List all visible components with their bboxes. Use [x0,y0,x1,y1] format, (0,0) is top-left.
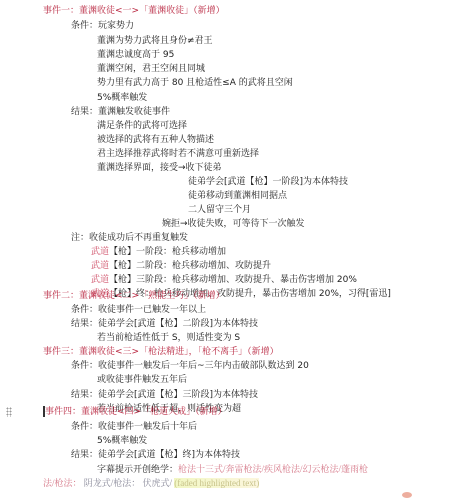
stage-prefix: 武道 [91,261,109,271]
reject-outcome: 婉拒→收徒失败，可等待下一次触发 [162,218,305,230]
stage-effect: 枪兵移动增加 [172,247,226,257]
event-4-title: 事件四：董渊收徒<四>「枪道大成」（新增） [45,406,227,418]
result-item: 被选择的武将有五种人物描述 [97,134,214,146]
caption-label: 字幕提示开创绝学： [97,465,178,475]
stage-name: 【枪】三阶段： [109,275,172,285]
event-3-condition: 条件：收徒事件一触发后一年后~三年内击破部队数达到 20 [71,360,309,372]
accept-outcome: 二人留守三个月 [188,204,251,216]
result-item: 董渊触发收徒事件 [98,107,170,117]
event-2-condition: 条件：收徒事件一已触发一年以上 [71,304,206,316]
condition-item: 董渊忠诚度高于 95 [97,49,174,61]
result-item: 满足条件的武将可选择 [97,120,187,132]
event-1-condition: 条件：玩家势力 [71,20,134,32]
event-4-condition: 条件：收徒事件一触发后十年后 [71,421,197,433]
condition-item: 董渊空闲，君王空闲且同城 [97,63,205,75]
accept-outcome: 徒弟学会[武道【枪】一阶段]为本体特技 [188,176,348,188]
event-4-result: 结果：徒弟学会[武道【枪】终]为本体特技 [71,449,240,461]
stage-effect: 枪兵移动增加、攻防提升 [172,261,271,271]
condition-label: 条件： [71,21,98,31]
note-label: 注： [71,233,89,243]
stage-effect: 枪兵移动增加、攻防提升、暴击伤害增加 20% [172,275,357,285]
note-text: 收徒成功后不再重复触发 [89,233,188,243]
event-3-title: 事件三：董渊收徒<三>「枪法精进」，「枪不离手」（新增） [43,346,279,358]
stage-name: 【枪】二阶段： [109,261,172,271]
event-1-result: 结果：董渊触发收徒事件 [71,106,170,118]
techniques-continued: 法/枪法： 阴龙式/枪法： 伏虎式/ (faded highlighted te… [43,477,259,489]
result-item: 君主选择推荐武将时若不满意可重新选择 [97,148,259,160]
decorative-mark [402,492,412,498]
technique-text: 法/枪法： [43,478,82,488]
condition-item: 玩家势力 [98,21,134,31]
event-2-result: 结果：徒弟学会[武道【枪】二阶段]为本体特技 [71,318,258,330]
stage-name: 【枪】一阶段： [109,247,172,257]
result-label: 结果： [71,107,98,117]
drag-handle-icon[interactable] [6,407,12,417]
event-1-title: 事件一：董渊收徒<一>「董渊收徒」（新增） [43,5,225,17]
result-item: 董渊选择界面，接受→收下徒弟 [97,162,222,174]
event-3-result: 结果：徒弟学会[武道【枪】三阶段]为本体特技 [71,389,258,401]
event-1-note: 注：收徒成功后不再重复触发 [71,232,188,244]
event-2-result: 若当前枪适性低于 S，则适性变为 S [97,332,240,344]
event-4-condition: 5%概率触发 [97,435,147,447]
technique-text: 伏虎式/ [143,478,173,488]
highlighted-text: (faded highlighted text) [174,478,259,488]
condition-item: 5%概率触发 [97,92,147,104]
technique-text: 阴龙式/枪法： [84,478,141,488]
event-4-result: 字幕提示开创绝学：枪法十三式/奔雷枪法/疾风枪法/幻云枪法/蓬雨枪 [97,463,368,476]
stage-item: 武道【枪】二阶段：枪兵移动增加、攻防提升 [91,260,271,272]
stage-item: 武道【枪】三阶段：枪兵移动增加、攻防提升、暴击伤害增加 20% [91,274,357,286]
condition-item: 势力里有武力高于 80 且枪适性≤A 的武将且空闲 [97,77,293,89]
accept-outcome: 徒弟移动到董渊相同据点 [188,190,287,202]
techniques-list: 枪法十三式/奔雷枪法/疾风枪法/幻云枪法/蓬雨枪 [178,464,368,474]
condition-item: 董渊为势力武将且身份≠君王 [97,35,213,47]
event-3-condition: 或收徒事件触发五年后 [97,374,187,386]
event-2-title: 事件二：董渊收徒<二>「熟能生巧」（新增） [43,290,225,302]
stage-item: 武道【枪】一阶段：枪兵移动增加 [91,246,226,258]
stage-prefix: 武道 [91,275,109,285]
stage-prefix: 武道 [91,247,109,257]
